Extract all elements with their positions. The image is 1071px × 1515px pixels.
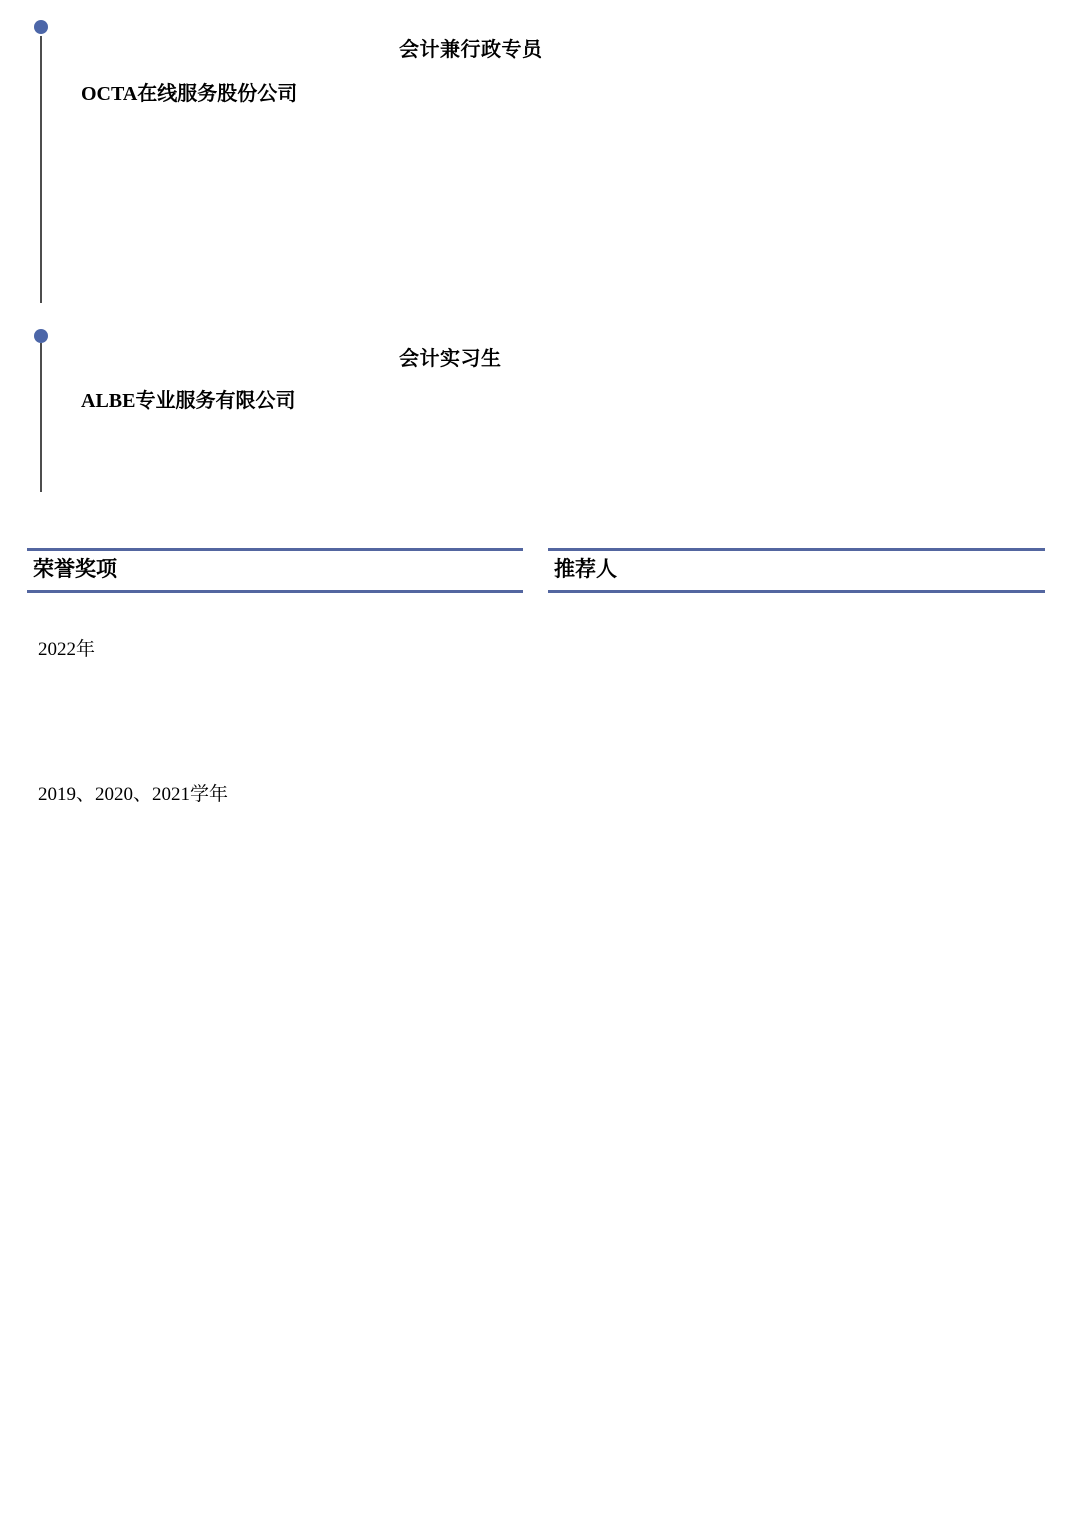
honors-section-title: 荣誉奖项 xyxy=(27,551,523,580)
references-section-header: 推荐人 xyxy=(548,548,1045,593)
references-section-title: 推荐人 xyxy=(548,551,1045,580)
company-name: ALBE专业服务有限公司 xyxy=(81,384,295,413)
job-title: 会计兼行政专员 xyxy=(399,33,543,62)
award-period: 2022年 xyxy=(38,634,95,661)
timeline-connector-line xyxy=(40,343,42,492)
timeline-connector-line xyxy=(40,36,42,303)
resume-page: 会计兼行政专员 OCTA在线服务股份公司 会计实习生 ALBE专业服务有限公司 … xyxy=(0,0,1071,1515)
timeline-dot xyxy=(34,20,48,34)
company-name: OCTA在线服务股份公司 xyxy=(81,77,297,106)
timeline-dot xyxy=(34,329,48,343)
award-period: 2019、2020、2021学年 xyxy=(38,779,228,806)
honors-section-header: 荣誉奖项 xyxy=(27,548,523,593)
job-title: 会计实习生 xyxy=(399,342,502,371)
